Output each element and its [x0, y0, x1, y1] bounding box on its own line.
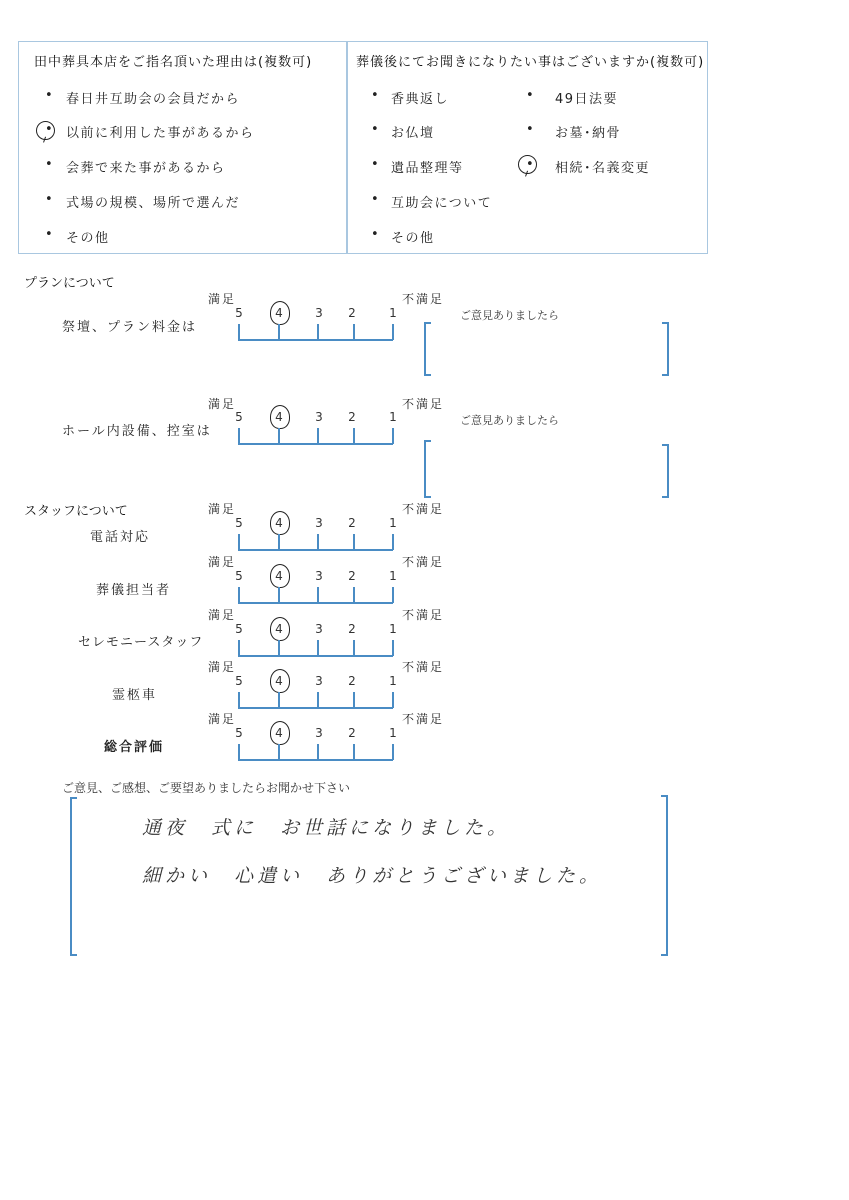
unsatisfied-label: 不満足	[402, 658, 444, 675]
scale-number: 1	[388, 726, 398, 740]
reason-option[interactable]: 春日井互助会の会員だから	[66, 88, 240, 107]
scale-tick	[317, 428, 319, 444]
scale-baseline	[238, 339, 393, 341]
selected-rating-circle	[270, 564, 290, 588]
scale-tick	[353, 534, 355, 550]
scale-tick	[317, 534, 319, 550]
scale-tick	[278, 744, 280, 760]
bullet-icon: •	[526, 122, 534, 137]
satisfied-label: 満足	[208, 658, 236, 675]
scale-number: 2	[347, 674, 357, 688]
bullet-icon: •	[371, 88, 379, 103]
selected-rating-circle	[270, 301, 290, 325]
scale-number: 3	[314, 674, 324, 688]
scale-tick	[392, 428, 394, 444]
unsatisfied-label: 不満足	[402, 553, 444, 570]
scale-tick	[353, 692, 355, 708]
inquiry-option[interactable]: 香典返し	[391, 88, 449, 107]
unsatisfied-label: 不満足	[402, 500, 444, 517]
reason-option-selected[interactable]: 以前に利用した事があるから	[66, 122, 255, 141]
rating-scale[interactable]: 5 4 3 2 1	[238, 726, 398, 766]
satisfied-label: 満足	[208, 710, 236, 727]
scale-baseline	[238, 443, 393, 445]
satisfied-label: 満足	[208, 290, 236, 307]
satisfied-label: 満足	[208, 500, 236, 517]
bullet-icon: •	[371, 227, 379, 242]
selected-rating-circle	[270, 669, 290, 693]
feedback-field[interactable]: 通夜 式に お世話になりました。 細かい 心遣い ありがとうございました。	[78, 797, 658, 952]
rating-scale[interactable]: 5 4 3 2 1	[238, 569, 398, 609]
scale-number: 3	[314, 410, 324, 424]
scale-baseline	[238, 707, 393, 709]
unsatisfied-label: 不満足	[402, 606, 444, 623]
unsatisfied-label: 不満足	[402, 395, 444, 412]
bullet-icon: •	[45, 227, 53, 242]
reason-option[interactable]: 会葬で来た事があるから	[66, 157, 226, 176]
scale-number: 3	[314, 306, 324, 320]
satisfied-label: 満足	[208, 606, 236, 623]
bullet-icon: •	[45, 122, 53, 137]
rating-scale[interactable]: 5 4 3 2 1	[238, 622, 398, 662]
scale-number: 3	[314, 622, 324, 636]
inquiry-option[interactable]: その他	[391, 227, 435, 246]
satisfied-label: 満足	[208, 395, 236, 412]
bullet-icon: •	[45, 192, 53, 207]
scale-baseline	[238, 549, 393, 551]
scale-number: 1	[388, 516, 398, 530]
scale-number: 5	[234, 516, 244, 530]
question-label: セレモニースタッフ	[78, 631, 203, 650]
rating-scale[interactable]: 5 4 3 2 1	[238, 516, 398, 556]
scale-tick	[353, 428, 355, 444]
scale-number: 2	[347, 726, 357, 740]
selected-rating-circle	[270, 511, 290, 535]
scale-number: 2	[347, 622, 357, 636]
unsatisfied-label: 不満足	[402, 290, 444, 307]
bullet-icon: •	[45, 157, 53, 172]
bullet-icon: •	[45, 88, 53, 103]
scale-number: 5	[234, 569, 244, 583]
scale-number: 2	[347, 410, 357, 424]
unsatisfied-label: 不満足	[402, 710, 444, 727]
scale-baseline	[238, 759, 393, 761]
feedback-line: 細かい 心遣い ありがとうございました。	[142, 861, 602, 888]
inquiry-option-selected[interactable]: 相続･名義変更	[555, 157, 650, 176]
scale-tick	[278, 324, 280, 340]
scale-tick	[278, 534, 280, 550]
scale-number: 1	[388, 674, 398, 688]
reason-option[interactable]: 式場の規模、場所で選んだ	[66, 192, 240, 211]
comment-bracket-right	[662, 322, 669, 376]
reason-box	[18, 41, 348, 254]
question-label: 電話対応	[90, 526, 150, 545]
bullet-icon: •	[371, 192, 379, 207]
scale-number: 2	[347, 569, 357, 583]
scale-tick	[317, 587, 319, 603]
feedback-line: 通夜 式に お世話になりました。	[142, 813, 510, 840]
feedback-bracket-right	[661, 795, 668, 956]
reason-option[interactable]: その他	[66, 227, 110, 246]
selected-rating-circle	[270, 721, 290, 745]
selected-rating-circle	[270, 617, 290, 641]
scale-tick	[317, 744, 319, 760]
feedback-prompt: ご意見、ご感想、ご要望ありましたらお聞かせ下さい	[62, 779, 350, 796]
scale-tick	[392, 640, 394, 656]
scale-tick	[238, 587, 240, 603]
scale-number: 2	[347, 306, 357, 320]
scale-number: 1	[388, 569, 398, 583]
scale-tick	[238, 744, 240, 760]
scale-number: 3	[314, 569, 324, 583]
scale-baseline	[238, 655, 393, 657]
rating-scale[interactable]: 5 4 3 2 1	[238, 674, 398, 714]
rating-scale[interactable]: 5 4 3 2 1	[238, 410, 398, 450]
question-label: 霊柩車	[112, 684, 157, 703]
scale-number: 1	[388, 306, 398, 320]
scale-tick	[238, 640, 240, 656]
plan-section-title: プランについて	[24, 272, 115, 291]
scale-tick	[353, 587, 355, 603]
comment-bracket-left	[424, 322, 431, 376]
scale-tick	[392, 692, 394, 708]
scale-baseline	[238, 602, 393, 604]
scale-tick	[353, 744, 355, 760]
scale-tick	[278, 428, 280, 444]
bullet-icon: •	[526, 88, 534, 103]
scale-number: 2	[347, 516, 357, 530]
bullet-icon: •	[371, 122, 379, 137]
question-label: 祭壇、プラン料金は	[62, 316, 197, 335]
inquiry-box-title: 葬儀後にてお聞きになりたい事はございますか(複数可)	[356, 51, 704, 70]
comment-bracket-left	[424, 440, 431, 498]
scale-tick	[317, 324, 319, 340]
staff-section-title: スタッフについて	[24, 500, 128, 519]
inquiry-option[interactable]: お墓･納骨	[555, 122, 621, 141]
scale-number: 1	[388, 622, 398, 636]
selected-rating-circle	[270, 405, 290, 429]
comment-prompt: ご意見ありましたら	[460, 412, 559, 428]
scale-number: 5	[234, 674, 244, 688]
question-label-overall: 総合評価	[104, 736, 164, 755]
comment-bracket-right	[662, 444, 669, 498]
inquiry-option[interactable]: 遺品整理等	[391, 157, 464, 176]
scale-number: 5	[234, 410, 244, 424]
bullet-icon: •	[371, 157, 379, 172]
scale-number: 3	[314, 726, 324, 740]
scale-tick	[278, 640, 280, 656]
reason-box-title: 田中葬具本店をご指名頂いた理由は(複数可)	[34, 51, 312, 70]
inquiry-option[interactable]: お仏壇	[391, 122, 435, 141]
scale-tick	[353, 640, 355, 656]
inquiry-option[interactable]: 49日法要	[555, 88, 618, 107]
scale-number: 5	[234, 306, 244, 320]
comment-prompt: ご意見ありましたら	[460, 307, 559, 323]
scale-tick	[317, 640, 319, 656]
scale-tick	[392, 587, 394, 603]
scale-number: 5	[234, 726, 244, 740]
feedback-bracket-left	[70, 797, 77, 956]
scale-tick	[238, 534, 240, 550]
scale-tick	[278, 587, 280, 603]
scale-number: 3	[314, 516, 324, 530]
question-label: 葬儀担当者	[96, 579, 171, 598]
scale-tick	[392, 534, 394, 550]
comment-field[interactable]	[432, 322, 660, 374]
scale-tick	[238, 692, 240, 708]
question-label: ホール内設備、控室は	[62, 420, 212, 439]
comment-field[interactable]	[432, 440, 660, 494]
inquiry-box	[346, 41, 708, 254]
scale-tick	[278, 692, 280, 708]
scale-tick	[238, 428, 240, 444]
scale-tick	[392, 744, 394, 760]
scale-tick	[317, 692, 319, 708]
bullet-icon: •	[526, 157, 534, 172]
scale-tick	[238, 324, 240, 340]
scale-tick	[353, 324, 355, 340]
satisfied-label: 満足	[208, 553, 236, 570]
inquiry-option[interactable]: 互助会について	[391, 192, 492, 211]
scale-number: 1	[388, 410, 398, 424]
rating-scale[interactable]: 5 4 3 2 1	[238, 306, 398, 346]
scale-number: 5	[234, 622, 244, 636]
scale-tick	[392, 324, 394, 340]
